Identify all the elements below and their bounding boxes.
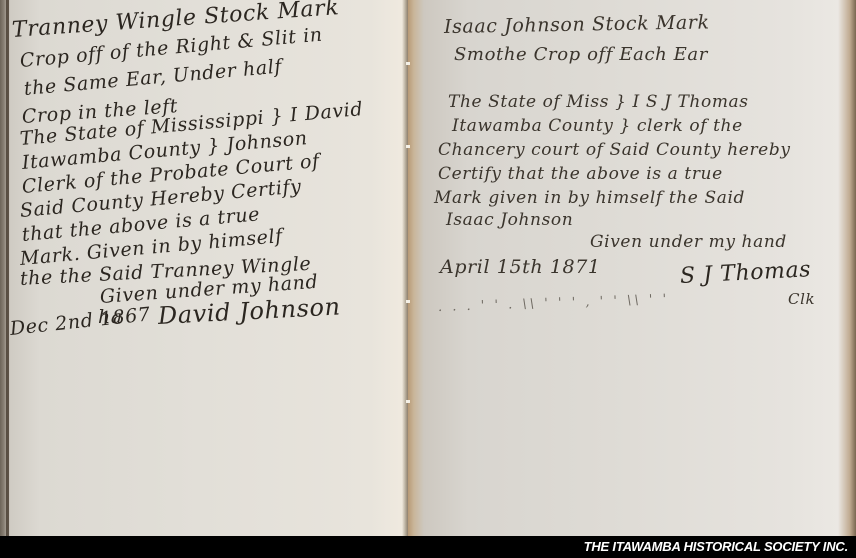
left-date: Dec 2nd 1867 (9, 303, 152, 340)
spine-stitch (406, 300, 410, 303)
spine-stitch (406, 62, 410, 65)
right-line-6: Certify that the above is a true (438, 164, 723, 184)
right-line-4: Itawamba County } clerk of the (452, 116, 743, 136)
open-ledger-book: Tranney Wingle Stock Mark Crop off of th… (0, 0, 856, 536)
right-line-9: Given under my hand (590, 232, 787, 252)
historical-society-credit: THE ITAWAMBA HISTORICAL SOCIETY INC. (584, 539, 848, 554)
right-line-8: Isaac Johnson (446, 210, 573, 230)
right-line-1: Isaac Johnson Stock Mark (444, 11, 710, 38)
left-page: Tranney Wingle Stock Mark Crop off of th… (0, 0, 408, 536)
right-line-3: The State of Miss } I S J Thomas (448, 92, 749, 112)
right-page: Isaac Johnson Stock Mark Smothe Crop off… (408, 0, 856, 536)
right-signature-title: Clk (788, 290, 815, 308)
bleed-through-text: . . . ' ' . \\ ' ' ' , ' ' \\ ' ' (438, 292, 670, 315)
right-line-5: Chancery court of Said County hereby (438, 140, 791, 160)
right-date: April 15th 1871 (440, 256, 601, 278)
right-line-2: Smothe Crop off Each Ear (454, 44, 708, 65)
spine-stitch (406, 145, 410, 148)
right-signature: S J Thomas (679, 257, 811, 289)
spine-stitch (406, 400, 410, 403)
credit-footer-bar: THE ITAWAMBA HISTORICAL SOCIETY INC. (0, 536, 856, 558)
right-line-7: Mark given in by himself the Said (434, 188, 745, 208)
